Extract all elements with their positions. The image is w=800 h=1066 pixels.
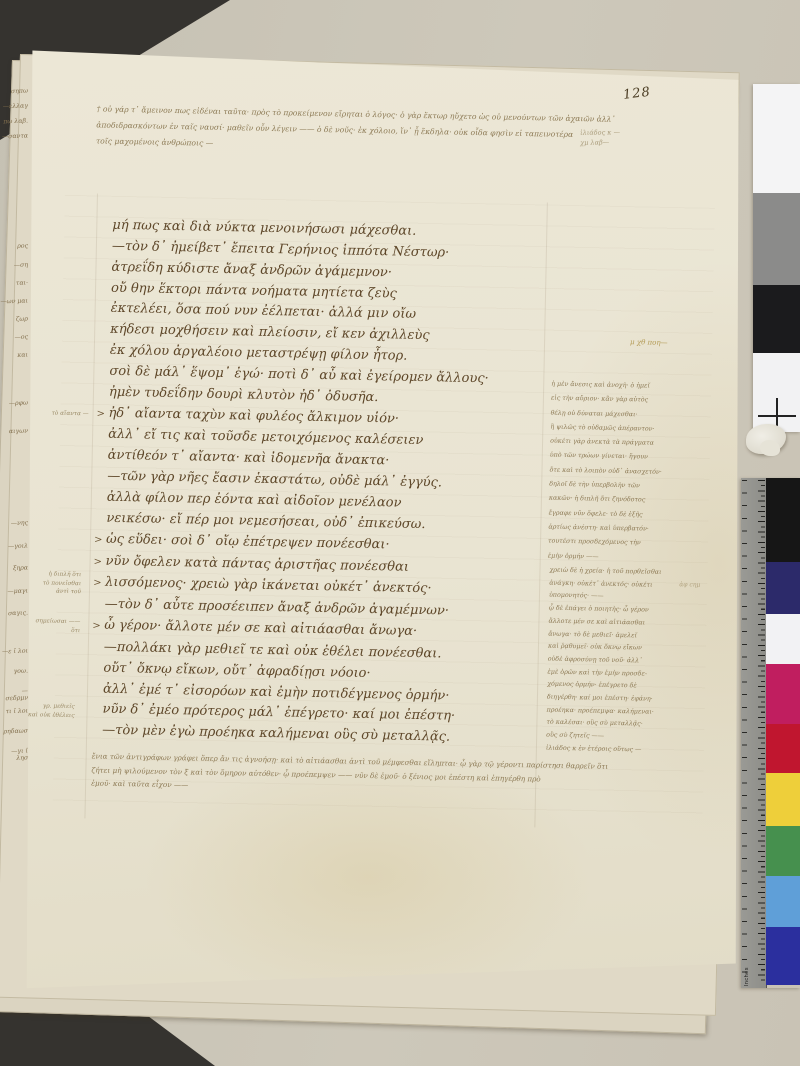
- color-patch-navy: [766, 562, 800, 614]
- right-scholia-upper: ἡ μὲν ἄνεσις καὶ ἀνοχὴ· ὁ ἠμεῖ εἰς τὴν α…: [548, 378, 680, 566]
- gutter-fragment: —σεδρμν: [0, 688, 28, 703]
- gutter-fragment: γοω.: [0, 668, 28, 676]
- gutter-fragment: ται·: [0, 280, 28, 288]
- color-patch-red: [766, 724, 800, 773]
- gray-patch-mid: [753, 193, 800, 285]
- margin-note: γρ. μεθιεῖς καὶ οὐκ ἐθέλεις: [22, 702, 74, 720]
- gutter-fragment: —σαντα: [0, 133, 28, 141]
- gutter-fragment: —γοιλ: [0, 543, 28, 551]
- gutter-fragment: σαγις.: [0, 610, 28, 618]
- diple-mark: >: [96, 404, 108, 425]
- gray-patch-black: [753, 285, 800, 353]
- gutter-fragment: και: [0, 352, 28, 360]
- gutter-fragment: —ε ϊ λοι: [0, 648, 28, 656]
- ruler: Inches: [741, 478, 767, 988]
- color-patch-lightblue: [766, 876, 800, 927]
- main-text-iliad: μή πως καὶ διὰ νύκτα μενοινήσωσι μάχεσθα…: [90, 216, 570, 751]
- gutter-fragment: —ρφω: [0, 400, 28, 408]
- ruler-label: Inches: [744, 967, 750, 986]
- gutter-fragment: τι ϊ λοι: [0, 708, 28, 716]
- margin-note: σημείωσαι —— ὅτι: [28, 617, 80, 635]
- gutter-fragment: —νης: [0, 520, 28, 528]
- gutter-fragment: πω λαβ.: [0, 118, 28, 126]
- right-scholia-lower: χρειὼ δὲ ἡ χρεία· ἡ τοῦ πορθεῖσθαι ἀνάγκ…: [546, 565, 676, 758]
- gutter-fragment: —μαγι: [0, 588, 28, 596]
- diple-mark: >: [93, 574, 105, 595]
- gutter-fragment: —ων μαι: [0, 298, 28, 306]
- ruler-ticks-right: [758, 480, 765, 984]
- gutter-fragment: —ελλαγ: [0, 103, 28, 111]
- putty-blob: [746, 424, 786, 454]
- color-patch-green: [766, 826, 800, 876]
- gutter-fragment: αιγων: [0, 428, 28, 436]
- color-calibration-bar: Inches: [741, 478, 800, 988]
- diple-mark: >: [93, 552, 105, 573]
- scholion-line: ἐμὴν ὁρμήν ——: [548, 549, 676, 566]
- color-patch-yellow: [766, 773, 800, 826]
- color-patch-blue: [766, 927, 800, 985]
- bottom-scholia: ἔνια τῶν ἀντιγράφων γράφει ὅπερ ἄν τις ἀ…: [91, 749, 692, 802]
- gutter-fragment: —ος: [0, 334, 28, 342]
- scholion-line: ἰλιάδος κ ἐν ἑτέροις οὕτως —: [546, 742, 672, 757]
- margin-note: τὸ αἴαντα —: [36, 409, 88, 419]
- diple-mark: >: [92, 616, 104, 637]
- grayscale-calibration-card: [753, 84, 800, 432]
- gutter-fragment: ξηρα: [0, 565, 28, 573]
- manuscript-photograph: σηπω —ελλαγ πω λαβ. —σαντα ρος —ση ται· …: [0, 0, 800, 1066]
- top-scholia: † οὐ γάρ τ᾽ ἄμεινον πως εἰδέναι ταῦτα· π…: [96, 101, 697, 161]
- margin-note: ἡ διπλῆ ὅτι τὸ πονεῖσθαι ἀντὶ τοῦ: [29, 570, 82, 597]
- gutter-fragment: —γι ϊ λησ: [0, 748, 28, 763]
- color-patch-black: [766, 478, 800, 562]
- right-margin-gloss-2: ἀφ ϲημ: [679, 581, 700, 588]
- diple-mark: >: [94, 530, 106, 551]
- color-patch-white: [766, 614, 800, 664]
- gutter-fragment: —ση: [0, 262, 28, 270]
- folio-number: 128: [622, 85, 651, 103]
- manuscript-page: 128 ἰλιάδος κ — χμ λαβ— † οὐ γάρ τ᾽ ἄμει…: [26, 42, 740, 990]
- ruler-ticks-left: [742, 480, 747, 984]
- gutter-fragment: σηπω: [0, 88, 28, 96]
- gutter-fragment: ζωρ: [0, 316, 28, 324]
- gutter-fragment: ρος: [0, 243, 28, 251]
- gutter-fragment: ρηδαωσ: [0, 728, 28, 736]
- right-margin-gloss: μ χθ ποη—: [630, 338, 668, 347]
- color-patch-magenta: [766, 664, 800, 724]
- gray-patch-white: [753, 84, 800, 193]
